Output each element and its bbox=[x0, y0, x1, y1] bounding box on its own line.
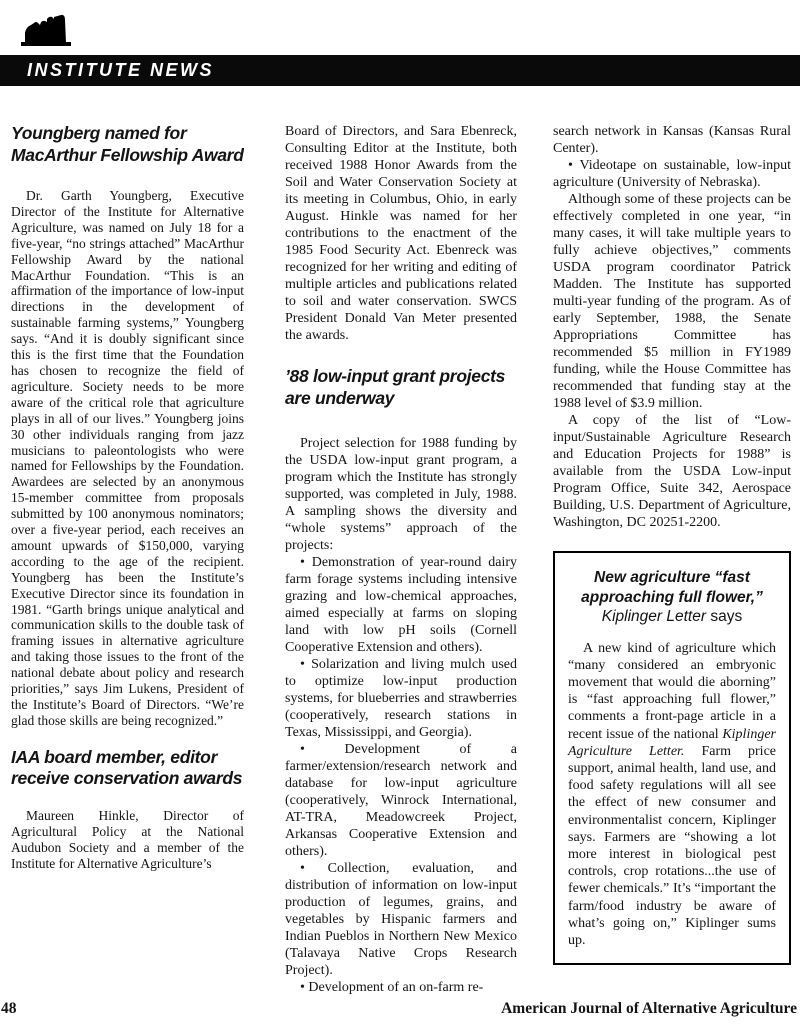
column-2: Board of Directors, and Sara Ebenreck, C… bbox=[285, 123, 517, 1007]
sidebar-paragraph: A new kind of agriculture which “many co… bbox=[568, 640, 776, 950]
article-paragraph: Dr. Garth Youngberg, Executive Director … bbox=[11, 188, 244, 729]
bullet-item: • Development of a farmer/extension/rese… bbox=[285, 741, 517, 860]
farmstead-logo-icon bbox=[21, 12, 73, 54]
bullet-item: • Demonstration of year-round dairy farm… bbox=[285, 554, 517, 656]
sidebar-subtitle-rest: says bbox=[706, 608, 742, 625]
article-heading-iaa-awards: IAA board member, editor receive conserv… bbox=[11, 747, 244, 790]
article-paragraph-continued: search network in Kansas (Kansas Rural C… bbox=[553, 123, 791, 157]
bullet-item: • Videotape on sustainable, low-input ag… bbox=[553, 157, 791, 191]
article-heading-grant-projects: ’88 low-input grant projects are underwa… bbox=[285, 366, 517, 409]
page-number: 48 bbox=[1, 1000, 17, 1018]
bullet-item: • Collection, evaluation, and distributi… bbox=[285, 860, 517, 979]
sidebar-subtitle: Kiplinger Letter says bbox=[568, 607, 776, 627]
journal-title: American Journal of Alternative Agricult… bbox=[501, 1000, 797, 1018]
article-paragraph: Maureen Hinkle, Director of Agricultural… bbox=[11, 808, 244, 872]
article-paragraph: Project selection for 1988 funding by th… bbox=[285, 435, 517, 554]
sidebar-text-post: Farm price support, animal health, land … bbox=[568, 744, 776, 948]
section-banner-title: INSTITUTE NEWS bbox=[27, 60, 214, 80]
article-paragraph: A copy of the list of “Low-input/Sustain… bbox=[553, 412, 791, 531]
bullet-item: • Development of an on-farm re- bbox=[285, 979, 517, 996]
section-banner: INSTITUTE NEWS bbox=[0, 55, 800, 86]
article-heading-youngberg: Youngberg named for MacArthur Fellowship… bbox=[11, 123, 244, 166]
sidebar-title: New agriculture “fast approaching full f… bbox=[568, 568, 776, 607]
article-columns: Youngberg named for MacArthur Fellowship… bbox=[11, 123, 791, 1007]
article-paragraph: Although some of these projects can be e… bbox=[553, 191, 791, 412]
column-3: search network in Kansas (Kansas Rural C… bbox=[553, 123, 791, 1007]
sidebar-subtitle-source: Kiplinger Letter bbox=[602, 608, 706, 625]
kiplinger-sidebar-box: New agriculture “fast approaching full f… bbox=[553, 551, 791, 965]
bullet-item: • Solarization and living mulch used to … bbox=[285, 656, 517, 741]
column-1: Youngberg named for MacArthur Fellowship… bbox=[11, 123, 244, 1007]
article-paragraph-continued: Board of Directors, and Sara Ebenreck, C… bbox=[285, 123, 517, 344]
